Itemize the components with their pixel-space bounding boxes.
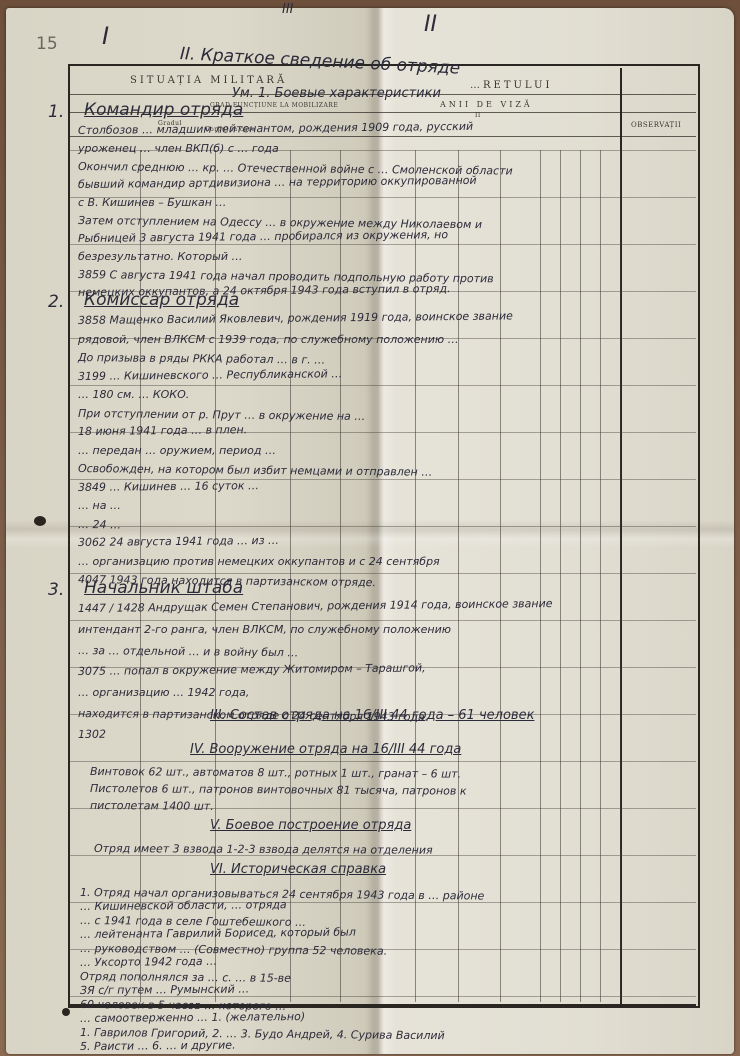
header-row-line — [68, 136, 696, 137]
section-heading: Комиссар отряда — [84, 290, 239, 310]
section-number: 1. — [48, 102, 64, 122]
handwritten-line: … 24 … — [78, 518, 121, 531]
printed-col-observatii: OBSERVAȚII — [631, 121, 681, 129]
grid-row-line — [68, 620, 696, 621]
section-III: III. Состав отряда на 16/III 44 года – 6… — [210, 708, 534, 723]
grid-column-line — [600, 150, 601, 1002]
handwritten-line: Отряд имеет 3 взвода 1-2-3 взвода делятс… — [94, 842, 433, 857]
grid-column-line — [580, 150, 581, 1002]
section-marker-right: II — [424, 12, 437, 37]
printed-roman-marker: II — [475, 112, 481, 119]
handwritten-header: Ум. 1. Боевые характеристики — [232, 86, 441, 101]
handwritten-line: … на … — [78, 499, 121, 512]
section-VI-heading: VI. Историческая справка — [210, 862, 386, 877]
sheet-number: 15 — [36, 34, 58, 54]
handwritten-line: Пистолетов 6 шт., патронов винтовочных 8… — [90, 782, 467, 798]
section-heading: Начальник штаба — [84, 578, 243, 598]
grid-column-line — [500, 150, 501, 1002]
handwritten-line: … организацию против немецких оккупантов… — [78, 555, 440, 568]
handwritten-line: … за … отдельной … и в войну был … — [78, 644, 298, 659]
printed-subheader-right: ANII DE VIZĂ — [440, 100, 533, 109]
grid-column-line — [540, 150, 541, 1002]
section-V-heading: V. Боевое построение отряда — [210, 818, 411, 833]
handwritten-line: … организацию … 1942 года, — [78, 686, 249, 699]
handwritten-line: … Уксорто 1942 года … — [80, 955, 217, 969]
grid-row-line — [68, 385, 696, 386]
handwritten-line: уроженец … член ВКП(б) с … года — [78, 142, 279, 155]
grid-row-line — [68, 761, 696, 762]
printed-header-left: SITUAȚIA MILITARĂ — [130, 75, 287, 86]
grid-column-line — [560, 150, 561, 1002]
handwritten-line: рядовой, член ВЛКСМ с 1939 года, по служ… — [78, 333, 459, 346]
handwritten-line: … лейтенанта Гаврилий Борисед, который б… — [80, 926, 356, 941]
grid-column-line — [620, 150, 621, 1002]
section-number: 2. — [48, 292, 64, 312]
handwritten-line: 5. Раисти … 6. … и другие. — [80, 1039, 236, 1053]
handwritten-line: … передан … оружием, период … — [78, 444, 276, 457]
handwritten-line: 18 июня 1941 года … в плен. — [78, 423, 247, 438]
section-IV-heading: IV. Вооружение отряда на 16/III 44 года — [190, 742, 461, 757]
printed-header-right: …RETULUI — [470, 80, 552, 91]
handwritten-line: При отступлении от р. Прут … в окружение… — [78, 407, 365, 423]
handwritten-line: 3199 … Кишиневского … Республиканской … — [78, 367, 342, 383]
handwritten-line: … Кишиневской области, … отряда — [80, 898, 287, 913]
handwritten-line: интендант 2-го ранга, член ВЛКСМ, по слу… — [78, 623, 451, 636]
handwritten-line: До призыва в ряды РККА работал … в г. … — [78, 351, 325, 367]
handwritten-line: 1302 — [78, 728, 106, 741]
handwritten-line: … 180 см. … КОКО. — [78, 388, 189, 401]
handwritten-line: Винтовок 62 шт., автоматов 8 шт., ротных… — [90, 765, 461, 781]
top-marker: III — [282, 2, 294, 17]
handwritten-line: … самоотверженно … 1. (желательно) — [80, 1010, 305, 1025]
punch-hole — [62, 1008, 70, 1016]
handwritten-line: 3062 24 августа 1941 года … из … — [78, 534, 279, 549]
handwritten-line: ЗЯ с/г путем … Румынский … — [80, 983, 249, 997]
section-heading: Командир отряда — [84, 100, 243, 120]
handwritten-line: безрезультатно. Который … — [78, 250, 242, 263]
grid-row-line — [68, 244, 696, 245]
handwritten-line: 3849 … Кишинев … 16 суток … — [78, 479, 259, 494]
punch-hole — [34, 516, 46, 526]
grid-row-line — [68, 526, 696, 527]
handwritten-line: пистолетам 1400 шт. — [90, 799, 214, 813]
section-number: 3. — [48, 580, 64, 600]
handwritten-line: с В. Кишинев – Бушкан … — [78, 196, 226, 209]
section-marker-left: I — [102, 22, 109, 50]
